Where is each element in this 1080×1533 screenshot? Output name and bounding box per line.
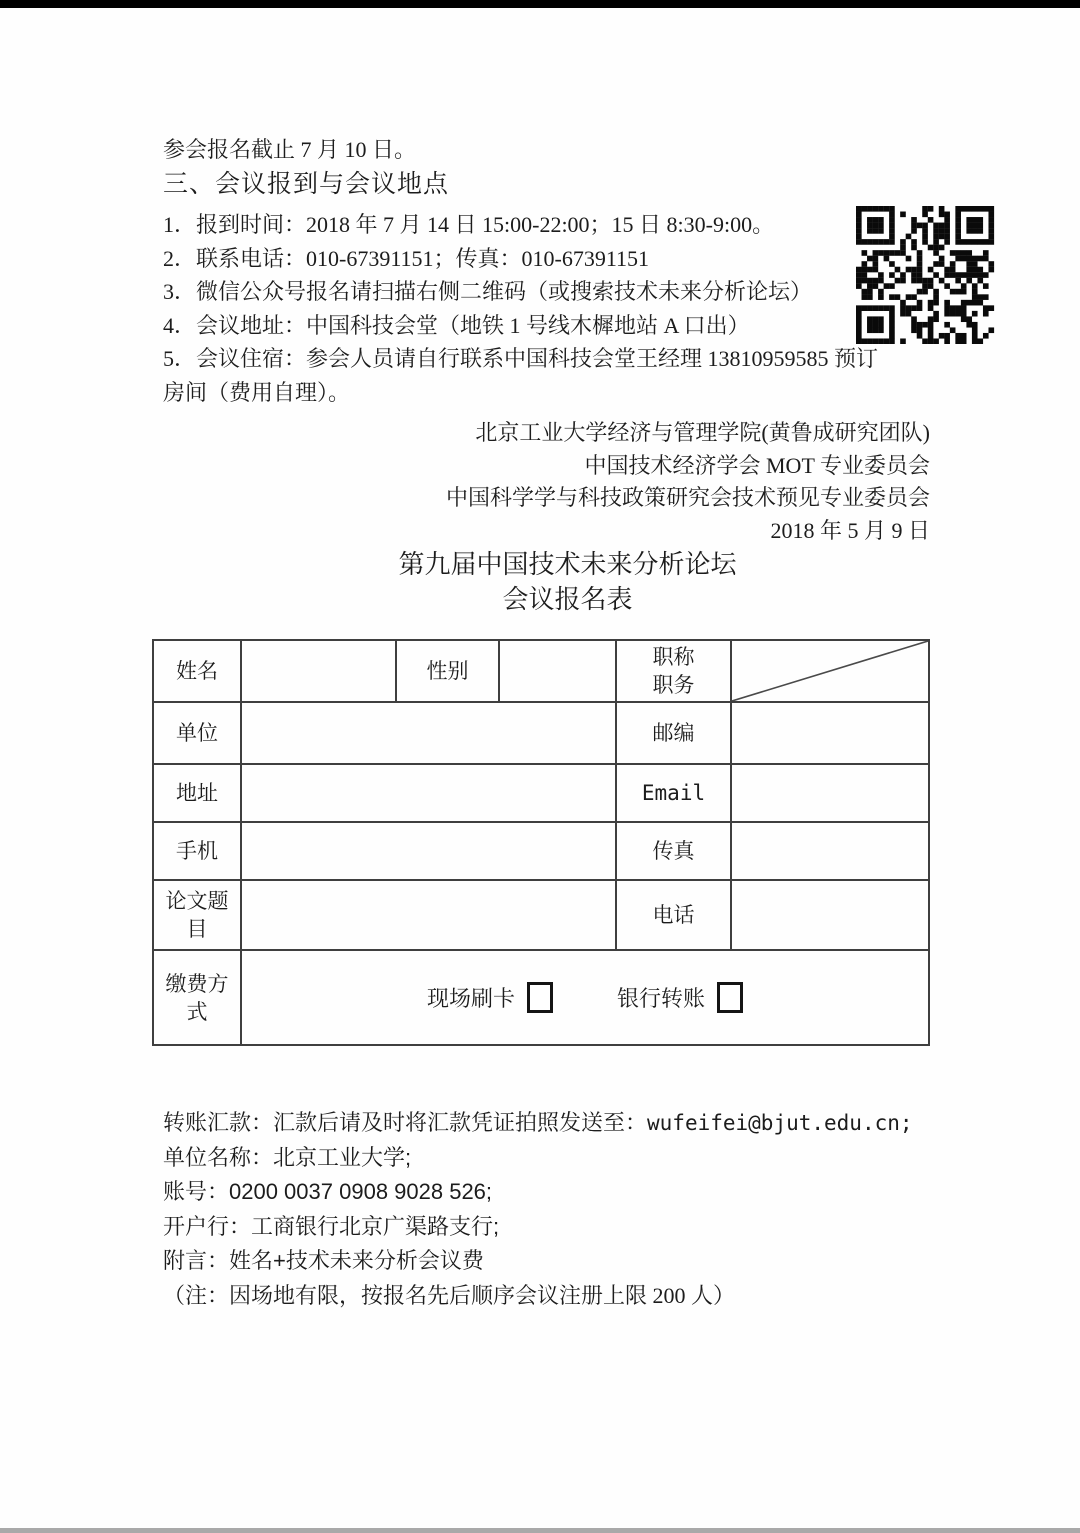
forum-title: 第九届中国技术未来分析论坛: [163, 547, 930, 583]
payment-options: 现场刷卡 银行转账: [244, 982, 926, 1013]
document-page: 参会报名截止 7 月 10 日。 三、会议报到与会议地点 1．报到时间：2018…: [0, 0, 1080, 1533]
table-row: 姓名 性别 职称 职务: [153, 640, 929, 702]
payment-method-cell: 现场刷卡 银行转账: [241, 950, 929, 1045]
name-input-cell[interactable]: [241, 640, 396, 702]
address-input-cell[interactable]: [241, 764, 616, 822]
payment-info-block: 转账汇款：汇款后请及时将汇款凭证拍照发送至：wufeifei@bjut.edu.…: [163, 1106, 930, 1279]
pay-onsite-checkbox[interactable]: [527, 982, 553, 1013]
account-name-line: 单位名称：北京工业大学;: [163, 1141, 930, 1176]
memo-line: 附言：姓名+技术未来分析会议费: [163, 1244, 930, 1279]
postcode-label: 邮编: [616, 702, 731, 764]
fax-label: 传真: [616, 822, 731, 880]
diagonal-line: [732, 641, 928, 701]
signature-block: 北京工业大学经济与管理学院(黄鲁成研究团队) 中国技术经济学会 MOT 专业委员…: [163, 417, 930, 547]
deadline-note: 参会报名截止 7 月 10 日。: [163, 133, 930, 166]
account-number-line: 账号：0200 0037 0908 9028 526;: [163, 1175, 930, 1210]
list-item-1: 1．报到时间：2018 年 7 月 14 日 15:00-22:00；15 日 …: [163, 208, 930, 242]
fax-input-cell[interactable]: [731, 822, 929, 880]
registration-table: 姓名 性别 职称 职务 单位 邮编 地址 Email: [152, 639, 930, 1046]
transfer-instruction: 转账汇款：汇款后请及时将汇款凭证拍照发送至：wufeifei@bjut.edu.…: [163, 1106, 930, 1141]
section-heading: 三、会议报到与会议地点: [163, 166, 930, 204]
transfer-instruction-text: 转账汇款：汇款后请及时将汇款凭证拍照发送至：: [163, 1110, 647, 1135]
list-item-4: 4．会议地址：中国科技会堂（地铁 1 号线木樨地站 A 口出）: [163, 309, 930, 343]
signature-org-3: 中国科学学与科技政策研究会技术预见专业委员会: [163, 482, 930, 515]
phone-label: 电话: [616, 880, 731, 950]
address-label: 地址: [153, 764, 241, 822]
title-position-label: 职称 职务: [616, 640, 731, 702]
title-position-input-cell[interactable]: [731, 640, 929, 702]
form-title: 会议报名表: [163, 583, 930, 617]
transfer-email: wufeifei@bjut.edu.cn;: [647, 1111, 913, 1135]
page-content: 参会报名截止 7 月 10 日。 三、会议报到与会议地点 1．报到时间：2018…: [0, 0, 1080, 1313]
organization-label: 单位: [153, 702, 241, 764]
paper-title-input-cell[interactable]: [241, 880, 616, 950]
list-item-5-continuation: 房间（费用自理）。: [163, 376, 930, 410]
list-item-5: 5．会议住宿：参会人员请自行联系中国科技会堂王经理 13810959585 预订: [163, 342, 930, 376]
table-row: 缴费方 式 现场刷卡 银行转账: [153, 950, 929, 1045]
table-row: 单位 邮编: [153, 702, 929, 764]
gender-label: 性别: [396, 640, 499, 702]
paper-title-label: 论文题 目: [153, 880, 241, 950]
scan-edge-bottom: [0, 1528, 1080, 1533]
pay-transfer-checkbox[interactable]: [717, 982, 743, 1013]
table-row: 地址 Email: [153, 764, 929, 822]
table-row: 手机 传真: [153, 822, 929, 880]
table-row: 论文题 目 电话: [153, 880, 929, 950]
list-item-3: 3．微信公众号报名请扫描右侧二维码（或搜索技术未来分析论坛）: [163, 275, 930, 309]
mobile-input-cell[interactable]: [241, 822, 616, 880]
email-input-cell[interactable]: [731, 764, 929, 822]
organization-input-cell[interactable]: [241, 702, 616, 764]
email-label: Email: [616, 764, 731, 822]
phone-input-cell[interactable]: [731, 880, 929, 950]
signature-date: 2018 年 5 月 9 日: [163, 515, 930, 548]
gender-input-cell[interactable]: [499, 640, 616, 702]
qr-code: [855, 206, 995, 344]
name-label: 姓名: [153, 640, 241, 702]
signature-org-2: 中国技术经济学会 MOT 专业委员会: [163, 450, 930, 483]
payment-method-label: 缴费方 式: [153, 950, 241, 1045]
pay-onsite-label: 现场刷卡: [427, 982, 515, 1013]
mobile-label: 手机: [153, 822, 241, 880]
bank-line: 开户行：工商银行北京广渠路支行;: [163, 1210, 930, 1245]
signature-org-1: 北京工业大学经济与管理学院(黄鲁成研究团队): [163, 417, 930, 450]
postcode-input-cell[interactable]: [731, 702, 929, 764]
list-item-2: 2．联系电话：010-67391151；传真：010-67391151: [163, 242, 930, 276]
pay-transfer-label: 银行转账: [617, 982, 705, 1013]
capacity-note: （注：因场地有限，按报名先后顺序会议注册上限 200 人）: [163, 1279, 930, 1313]
